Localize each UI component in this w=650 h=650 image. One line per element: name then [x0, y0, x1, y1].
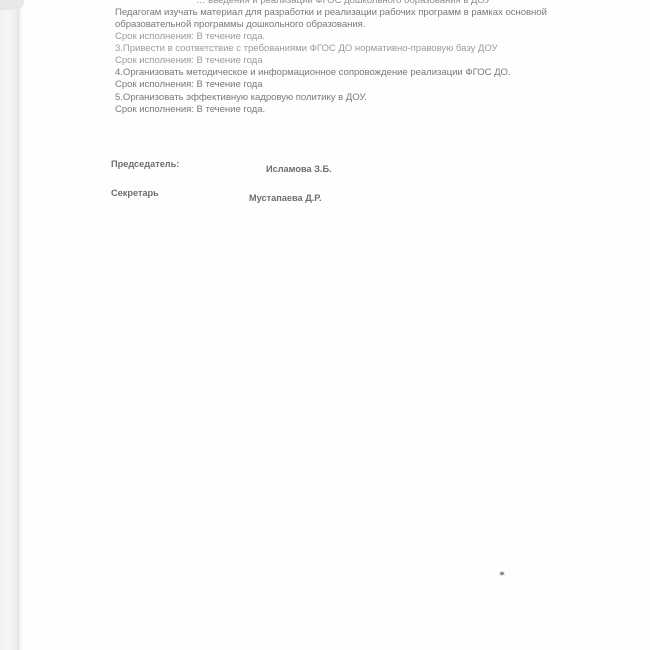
scan-edge-cap [0, 0, 24, 10]
partial-top-line: … введения и реализации ФГОС дошкольного… [196, 0, 491, 6]
secretary-name: Мустапаева Д.Р. [249, 193, 322, 203]
chairman-label: Председатель: [111, 159, 179, 169]
paragraph-1-line-1: Педагогам изучать материал для разработк… [115, 7, 547, 18]
paragraph-4-deadline: Срок исполнения: В течение года [115, 79, 263, 90]
scan-edge-line [17, 0, 19, 650]
paragraph-5-deadline: Срок исполнения: В течение года. [115, 104, 265, 115]
scan-speck [500, 572, 504, 575]
secretary-label: Секретарь [111, 188, 159, 198]
paragraph-3-item: 3.Привести в соответствие с требованиями… [115, 43, 498, 54]
scanned-document-page: … введения и реализации ФГОС дошкольного… [0, 0, 650, 650]
paragraph-1-deadline: Срок исполнения: В течение года. [115, 31, 265, 42]
chairman-name: Исламова З.Б. [266, 164, 332, 174]
paragraph-4-item: 4.Организовать методическое и информацио… [115, 67, 511, 78]
paragraph-3-deadline: Срок исполнения: В течение года [115, 55, 263, 66]
paragraph-5-item: 5.Организовать эффективную кадровую поли… [115, 92, 367, 103]
paragraph-1-line-2: образовательной программы дошкольного об… [115, 19, 365, 30]
